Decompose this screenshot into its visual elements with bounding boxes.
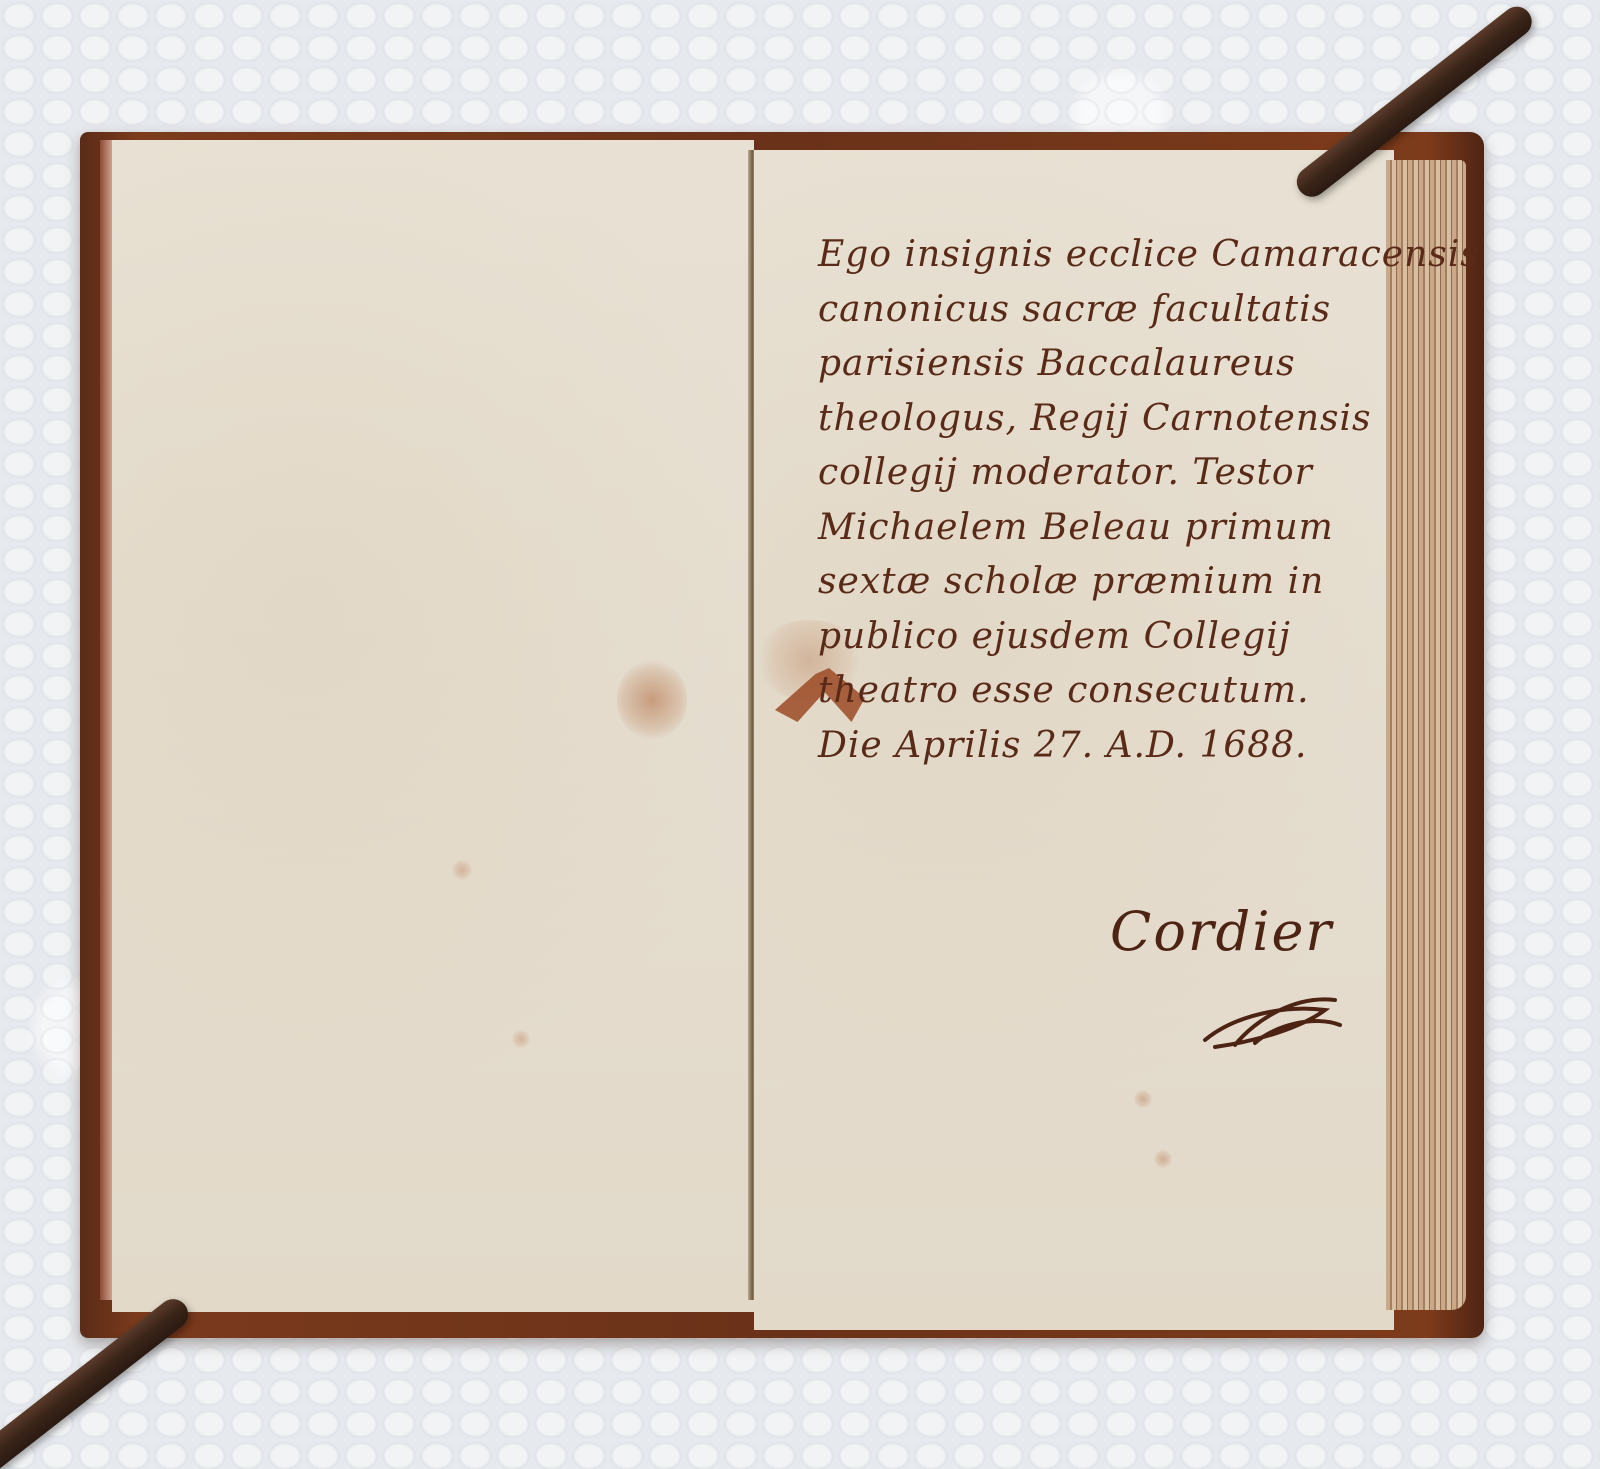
inscription-line: Ego insignis ecclice Camaracensis <box>818 228 1378 283</box>
inscription-line: canonicus sacræ facultatis <box>818 283 1378 338</box>
inscription-line: Michaelem Beleau primum <box>818 501 1378 556</box>
handwritten-inscription: Ego insignis ecclice Camaracensis canoni… <box>818 228 1378 773</box>
inscription-line: theologus, Regij Carnotensis <box>818 392 1378 447</box>
inscription-line: collegij moderator. Testor <box>818 446 1378 501</box>
inscription-date-line: Die Aprilis 27. A.D. 1688. <box>818 719 1378 774</box>
inscription-line: publico ejusdem Collegij <box>818 610 1378 665</box>
foxing-stain <box>617 660 687 740</box>
foxing-spot <box>1154 1150 1172 1168</box>
inscription-line: parisiensis Baccalaureus <box>818 337 1378 392</box>
inscription-line: theatro esse consecutum. <box>818 664 1378 719</box>
signature: Cordier <box>1110 900 1333 963</box>
foxing-spot <box>452 860 472 880</box>
inscription-line: sextæ scholæ præmium in <box>818 555 1378 610</box>
paraph-flourish-icon <box>1195 985 1345 1055</box>
foxing-spot <box>1134 1090 1152 1108</box>
left-page-blank <box>112 140 754 1312</box>
page-fore-edge <box>1386 160 1466 1310</box>
foxing-spot <box>512 1030 530 1048</box>
